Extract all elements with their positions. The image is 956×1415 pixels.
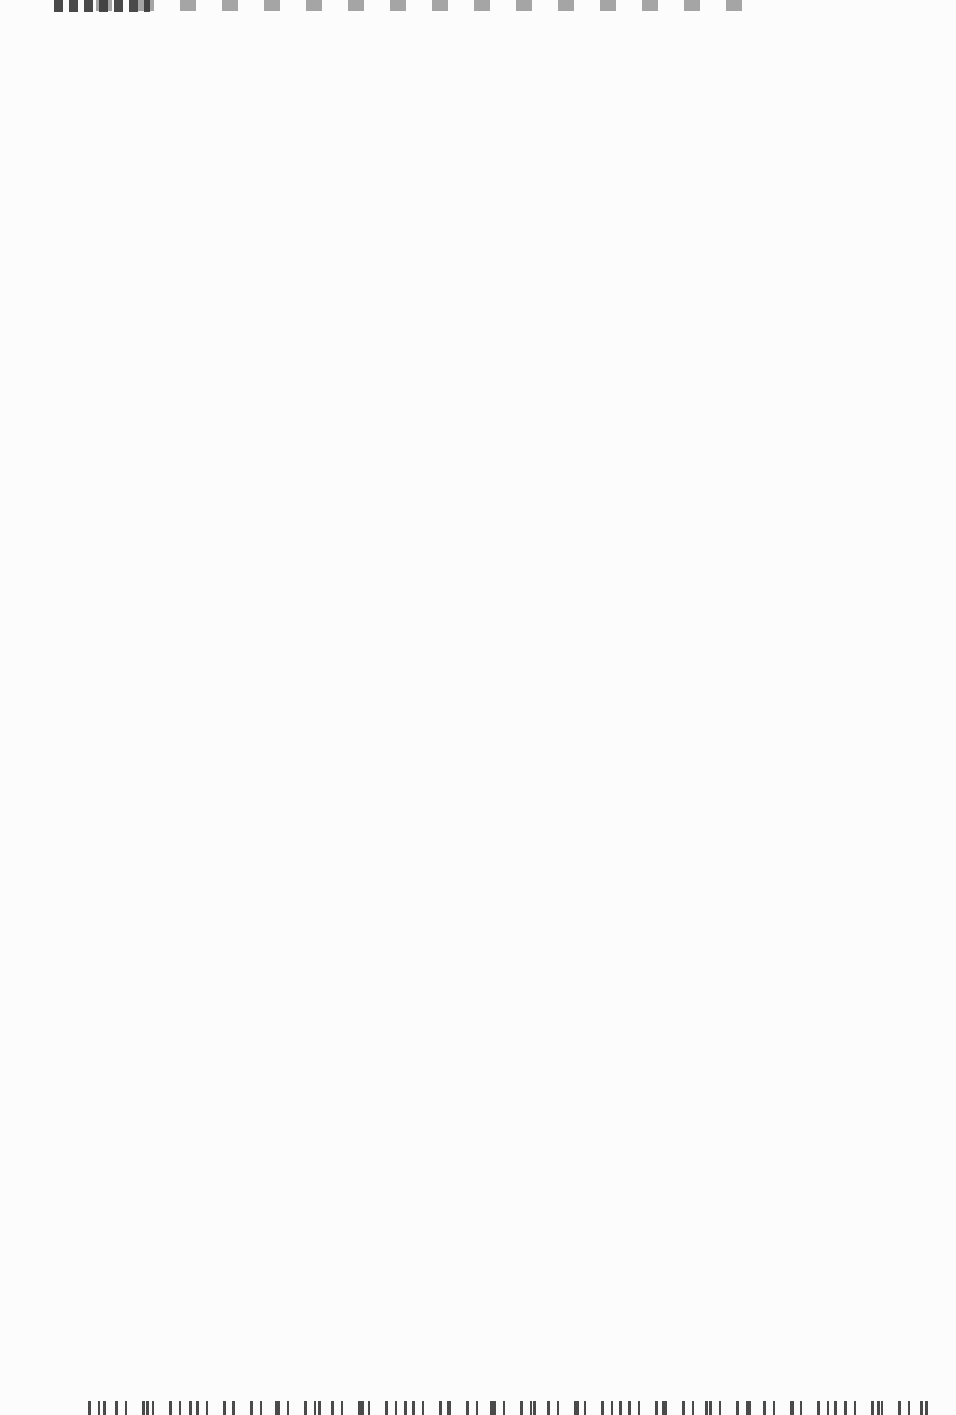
clipped-line-top — [96, 0, 746, 11]
watermark-layer — [0, 0, 956, 1415]
answer-sheet-page — [0, 0, 956, 1415]
faint-watermark-layer — [0, 0, 956, 1415]
clipped-line-bottom — [88, 1401, 934, 1415]
